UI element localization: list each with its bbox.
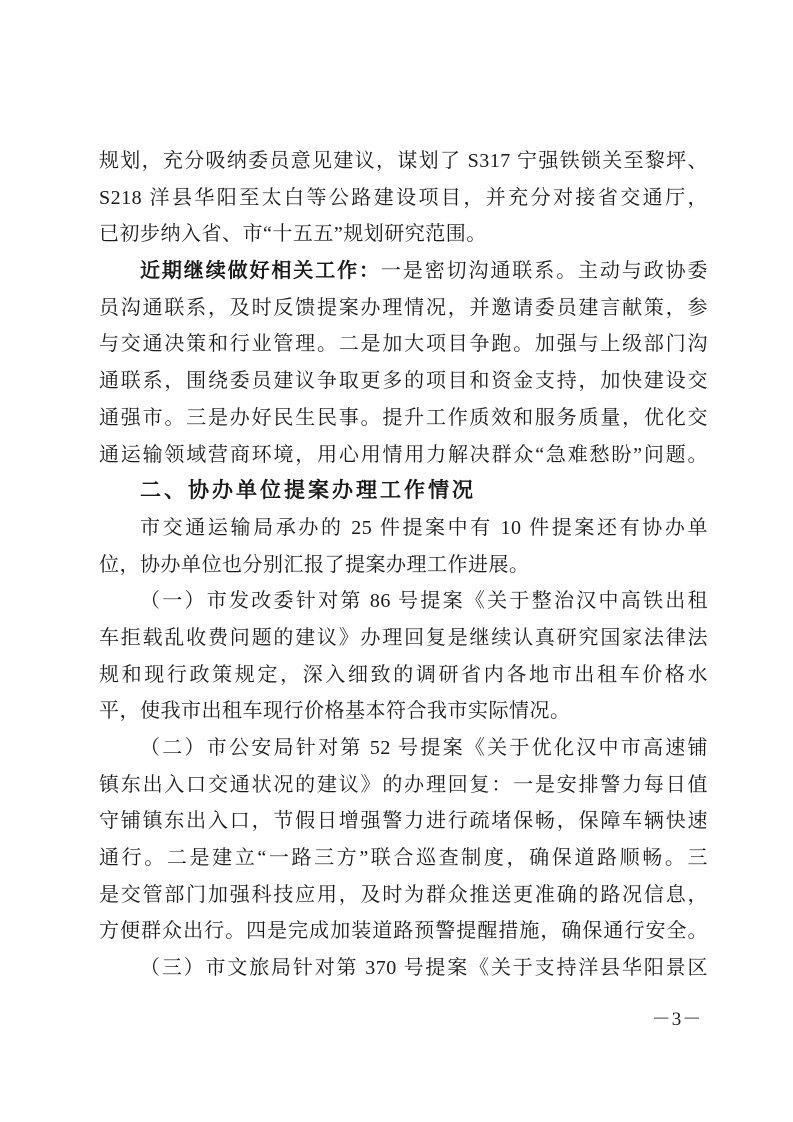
body-text: （三）市文旅局针对第 370 号提案《关于支持洋县华阳景区 bbox=[140, 957, 708, 979]
page-number: －3－ bbox=[616, 1004, 738, 1031]
text-line: 规划，充分吸纳委员意见建议，谋划了 S317 宁强铁锁关至黎坪、 bbox=[99, 143, 708, 180]
text-line: 员沟通联系，及时反馈提案办理情况，并邀请委员建言献策，参 bbox=[99, 290, 708, 327]
body-text: 市交通运输局承办的 25 件提案中有 10 件提案还有协办单 bbox=[140, 517, 708, 539]
text-line: 通联系，围绕委员建议争取更多的项目和资金支持，加快建设交 bbox=[99, 363, 708, 400]
body-text: 二、协办单位提案办理工作情况 bbox=[140, 479, 476, 502]
text-line: （一）市发改委针对第 86 号提案《关于整治汉中高铁出租 bbox=[99, 583, 708, 620]
text-line: 与交通决策和行业管理。二是加大项目争跑。加强与上级部门沟 bbox=[99, 326, 708, 363]
text-line: 车拒载乱收费问题的建议》办理回复是继续认真研究国家法律法 bbox=[99, 620, 708, 657]
text-line: 守铺镇东出入口，节假日增强警力进行疏堵保畅，保障车辆快速 bbox=[99, 803, 708, 840]
body-text: （二）市公安局针对第 52 号提案《关于优化汉中市高速铺 bbox=[140, 737, 708, 759]
body-text: 已初步纳入省、市“十五五”规划研究范围。 bbox=[99, 223, 487, 245]
document-page: 规划，充分吸纳委员意见建议，谋划了 S317 宁强铁锁关至黎坪、S218 洋县华… bbox=[0, 0, 793, 1122]
body-text: 通运输领域营商环境，用心用情用力解决群众“急难愁盼”问题。 bbox=[99, 444, 708, 466]
body-text: 员沟通联系，及时反馈提案办理情况，并邀请委员建言献策，参 bbox=[99, 297, 708, 319]
text-line: 规和现行政策规定，深入细致的调研省内各地市出租车价格水 bbox=[99, 657, 708, 694]
body-text: 通联系，围绕委员建议争取更多的项目和资金支持，加快建设交 bbox=[99, 370, 708, 392]
body-text: 通强市。三是办好民生民事。提升工作质效和服务质量，优化交 bbox=[99, 407, 708, 429]
body-text: 一是密切沟通联系。主动与政协委 bbox=[381, 260, 708, 282]
body-text: 位，协办单位也分别汇报了提案办理工作进展。 bbox=[99, 554, 530, 576]
body-text: 平，使我市出租车现行价格基本符合我市实际情况。 bbox=[99, 700, 571, 722]
text-line: 是交管部门加强科技应用，及时为群众推送更准确的路况信息， bbox=[99, 877, 708, 914]
body-text: 方便群众出行。四是完成加装道路预警提醒措施，确保通行安全。 bbox=[99, 920, 708, 942]
text-line: 镇东出入口交通状况的建议》的办理回复：一是安排警力每日值 bbox=[99, 767, 708, 804]
text-line: （三）市文旅局针对第 370 号提案《关于支持洋县华阳景区 bbox=[99, 950, 708, 987]
text-line: 通行。二是建立“一路三方”联合巡查制度，确保道路顺畅。三 bbox=[99, 840, 708, 877]
text-line: 通强市。三是办好民生民事。提升工作质效和服务质量，优化交 bbox=[99, 400, 708, 437]
body-text: （一）市发改委针对第 86 号提案《关于整治汉中高铁出租 bbox=[140, 590, 708, 612]
section-heading: 二、协办单位提案办理工作情况 bbox=[99, 473, 708, 510]
body-text: 与交通决策和行业管理。二是加大项目争跑。加强与上级部门沟 bbox=[99, 333, 708, 355]
body-text: 是交管部门加强科技应用，及时为群众推送更准确的路况信息， bbox=[99, 884, 708, 906]
text-line: 市交通运输局承办的 25 件提案中有 10 件提案还有协办单 bbox=[99, 510, 708, 547]
body-text: 镇东出入口交通状况的建议》的办理回复：一是安排警力每日值 bbox=[99, 774, 708, 796]
body-text: 车拒载乱收费问题的建议》办理回复是继续认真研究国家法律法 bbox=[99, 627, 708, 649]
text-line: S218 洋县华阳至太白等公路建设项目，并充分对接省交通厅， bbox=[99, 180, 708, 217]
document-body: 规划，充分吸纳委员意见建议，谋划了 S317 宁强铁锁关至黎坪、S218 洋县华… bbox=[99, 143, 708, 987]
body-text: S218 洋县华阳至太白等公路建设项目，并充分对接省交通厅， bbox=[99, 187, 708, 209]
text-line: 近期继续做好相关工作：一是密切沟通联系。主动与政协委 bbox=[99, 253, 708, 290]
body-text: 守铺镇东出入口，节假日增强警力进行疏堵保畅，保障车辆快速 bbox=[99, 810, 708, 832]
body-text: 规划，充分吸纳委员意见建议，谋划了 S317 宁强铁锁关至黎坪、 bbox=[99, 150, 708, 172]
body-text: 通行。二是建立“一路三方”联合巡查制度，确保道路顺畅。三 bbox=[99, 847, 708, 869]
body-text: 规和现行政策规定，深入细致的调研省内各地市出租车价格水 bbox=[99, 664, 708, 686]
text-line: 方便群众出行。四是完成加装道路预警提醒措施，确保通行安全。 bbox=[99, 913, 708, 950]
bold-text: 近期继续做好相关工作： bbox=[140, 260, 381, 282]
text-line: 平，使我市出租车现行价格基本符合我市实际情况。 bbox=[99, 693, 708, 730]
text-line: 位，协办单位也分别汇报了提案办理工作进展。 bbox=[99, 547, 708, 584]
text-line: （二）市公安局针对第 52 号提案《关于优化汉中市高速铺 bbox=[99, 730, 708, 767]
text-line: 通运输领域营商环境，用心用情用力解决群众“急难愁盼”问题。 bbox=[99, 437, 708, 474]
text-line: 已初步纳入省、市“十五五”规划研究范围。 bbox=[99, 216, 708, 253]
